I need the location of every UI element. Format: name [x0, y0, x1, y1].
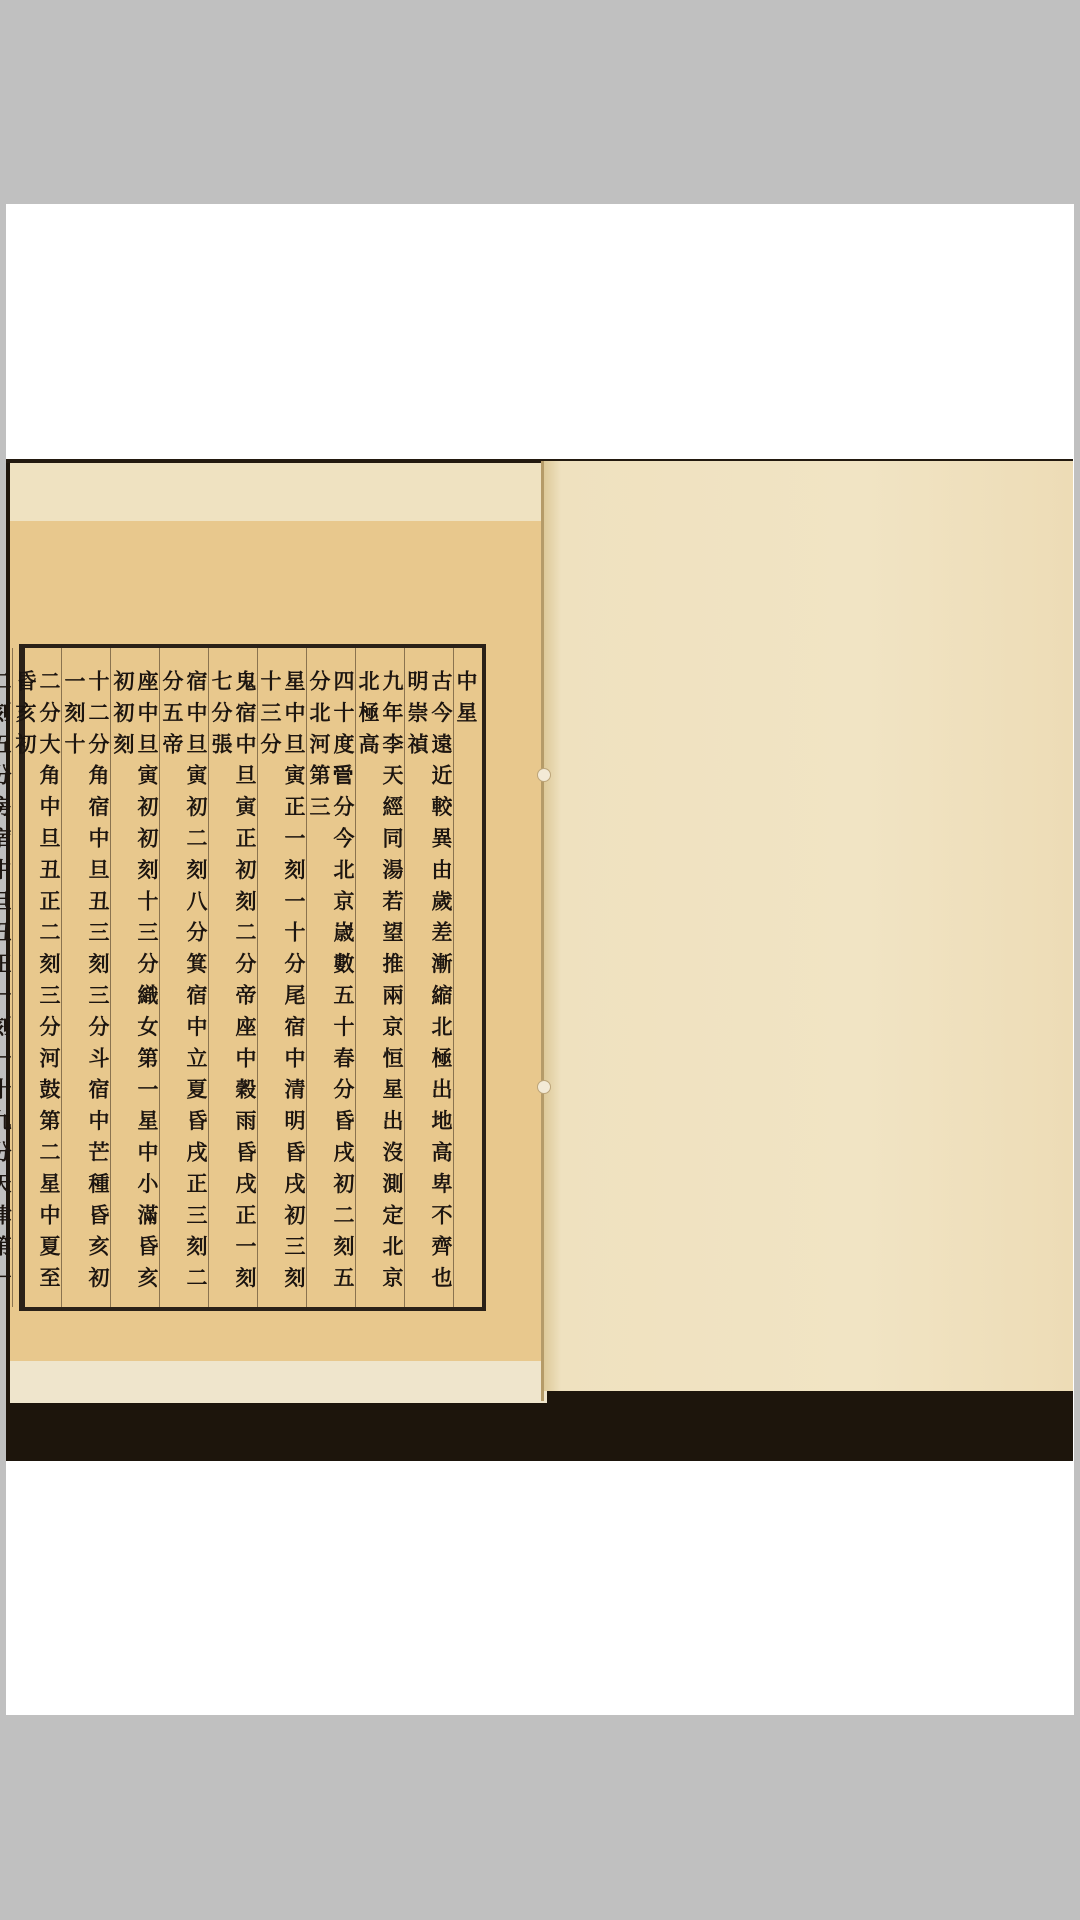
text-column: 鬼宿中旦寅正初刻二分帝座中穀雨昏戌正一刻七分張	[208, 648, 257, 1307]
column-text: 座中旦寅初初刻十三分織女第一星中小滿昏亥初初刻	[111, 670, 159, 1307]
page-title: 中星	[454, 670, 478, 733]
column-text: 九年李天經同湯若望推兩京恒星出沒測定北京北極高	[356, 670, 404, 1307]
column-text: 古今遠近較異由歲差漸縮北極出地高卑不齊也明崇禎	[405, 670, 453, 1307]
right-page-blank	[543, 461, 1073, 1391]
left-page: 中星 古今遠近較異由歲差漸縮北極出地高卑不齊也明崇禎 九年李天經同湯若望推兩京恒…	[10, 521, 547, 1361]
book-scan-image: 中星 古今遠近較異由歲差漸縮北極出地高卑不齊也明崇禎 九年李天經同湯若望推兩京恒…	[6, 459, 1073, 1461]
text-column: 九年李天經同湯若望推兩京恒星出沒測定北京北極高	[355, 648, 404, 1307]
column-text: 十二分角宿中旦丑三刻三分斗宿中芒種昏亥初一刻十	[62, 670, 110, 1307]
text-frame: 中星 古今遠近較異由歲差漸縮北極出地高卑不齊也明崇禎 九年李天經同湯若望推兩京恒…	[19, 644, 486, 1311]
text-column: 星中旦寅正一刻一十分尾宿中清明昏戌初三刻十三分	[257, 648, 306, 1307]
column-text: 四十度𬋩分今北京𡻕數五十春分昏戌初二刻五分北河第三	[307, 670, 355, 1307]
text-column: 十二分角宿中旦丑三刻三分斗宿中芒種昏亥初一刻十	[61, 648, 110, 1307]
text-column: 宿中旦寅初二刻八分箕宿中立夏昏戌正三刻二分五帝	[159, 648, 208, 1307]
column-text: 鬼宿中旦寅正初刻二分帝座中穀雨昏戌正一刻七分張	[209, 670, 257, 1307]
column-text: 宿中旦寅初二刻八分箕宿中立夏昏戌正三刻二分五帝	[160, 670, 208, 1307]
binding-knot	[537, 1080, 551, 1094]
column-text: 二分大角中旦丑正二刻三分河鼓第二星中夏至昏亥初	[13, 670, 61, 1307]
text-column: 座中旦寅初初刻十三分織女第一星中小滿昏亥初初刻	[110, 648, 159, 1307]
column-text: 星中旦寅正一刻一十分尾宿中清明昏戌初三刻十三分	[258, 670, 306, 1307]
binding-knot	[537, 768, 551, 782]
left-leaf-bottom-margin	[10, 1361, 547, 1403]
text-columns: 中星 古今遠近較異由歲差漸縮北極出地高卑不齊也明崇禎 九年李天經同湯若望推兩京恒…	[31, 648, 478, 1307]
text-column: 二刻五分房宿中旦丑正一刻一十九分天津第一星中小	[0, 648, 12, 1307]
text-column: 古今遠近較異由歲差漸縮北極出地高卑不齊也明崇禎	[404, 648, 453, 1307]
column-text: 二刻五分房宿中旦丑正一刻一十九分天津第一星中小	[0, 670, 12, 1307]
text-column: 四十度𬋩分今北京𡻕數五十春分昏戌初二刻五分北河第三	[306, 648, 355, 1307]
text-column: 二分大角中旦丑正二刻三分河鼓第二星中夏至昏亥初	[12, 648, 61, 1307]
title-column: 中星	[453, 648, 478, 1307]
book-spine	[541, 461, 544, 1401]
